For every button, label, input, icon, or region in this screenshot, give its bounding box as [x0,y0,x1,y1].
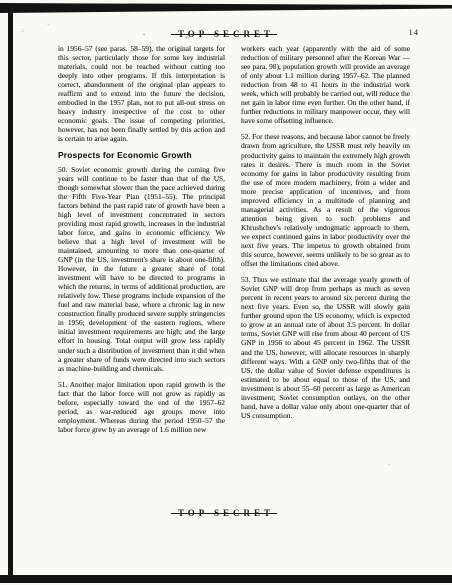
page-border-top [0,3,452,13]
paragraph-51-continuation: workers each year (apparently with the a… [241,44,410,125]
scan-speck: · [388,462,390,469]
scan-speck: + [185,36,189,43]
page-footer: TOP SECRET [0,503,452,517]
right-column: workers each year (apparently with the a… [241,44,410,420]
paragraph-51: 51. Another major limitation upon rapid … [58,380,225,434]
page-border-left [8,11,13,583]
scan-speck: : [22,28,24,35]
page-border-bottom [0,575,452,583]
paragraph-50: 50. Soviet economic growth during the co… [58,165,225,373]
page-number: 14 [409,27,420,37]
document-page: TOP SECRET 14 in 1956–57 (see paras. 58–… [0,0,452,585]
section-heading: Prospects for Economic Growth [58,151,225,160]
classification-footer: TOP SECRET [178,508,274,518]
scan-speck: · [47,22,49,29]
paragraph-53: 53. Thus we estimate that the average ye… [241,275,410,420]
scan-speck: - [143,32,145,39]
classification-header: TOP SECRET [178,29,274,39]
paragraph-continuation: in 1956–57 (see paras. 58–59), the origi… [58,44,225,144]
left-column: in 1956–57 (see paras. 58–59), the origi… [58,44,225,434]
page-header: TOP SECRET 14 [0,24,452,38]
paragraph-52: 52. For these reasons, and because labor… [241,132,410,268]
